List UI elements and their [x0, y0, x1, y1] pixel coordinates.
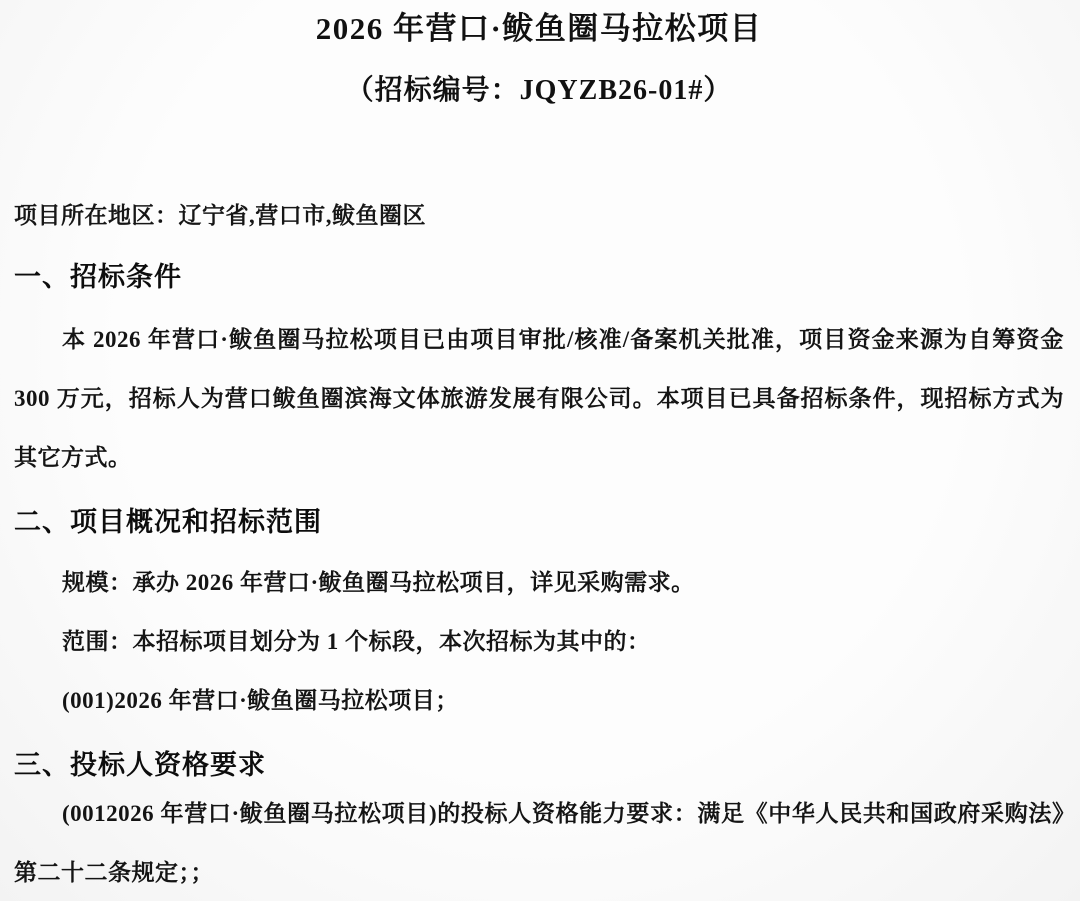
project-location-line: 项目所在地区：辽宁省,营口市,鲅鱼圈区: [14, 200, 1064, 232]
document-title: 2026 年营口·鲅鱼圈马拉松项目: [14, 8, 1064, 50]
tender-number-subtitle: （招标编号：JQYZB26-01#）: [14, 72, 1064, 110]
bidder-qualifications-paragraph: (0012026 年营口·鲅鱼圈马拉松项目)的投标人资格能力要求：满足《中华人民…: [14, 784, 1064, 901]
tender-conditions-paragraph: 本 2026 年营口·鲅鱼圈马拉松项目已由项目审批/核准/备案机关批准，项目资金…: [14, 310, 1064, 487]
section-heading-project-overview: 二、项目概况和招标范围: [14, 503, 1064, 541]
lot-001-paragraph: (001)2026 年营口·鲅鱼圈马拉松项目；: [14, 671, 1064, 730]
document-page: 2026 年营口·鲅鱼圈马拉松项目 （招标编号：JQYZB26-01#） 项目所…: [0, 0, 1080, 901]
section-heading-tender-conditions: 一、招标条件: [14, 258, 1064, 296]
project-scope-paragraph: 范围：本招标项目划分为 1 个标段，本次招标为其中的：: [14, 612, 1064, 671]
section-heading-bidder-qualifications: 三、投标人资格要求: [14, 746, 1064, 784]
project-scale-paragraph: 规模：承办 2026 年营口·鲅鱼圈马拉松项目，详见采购需求。: [14, 553, 1064, 612]
